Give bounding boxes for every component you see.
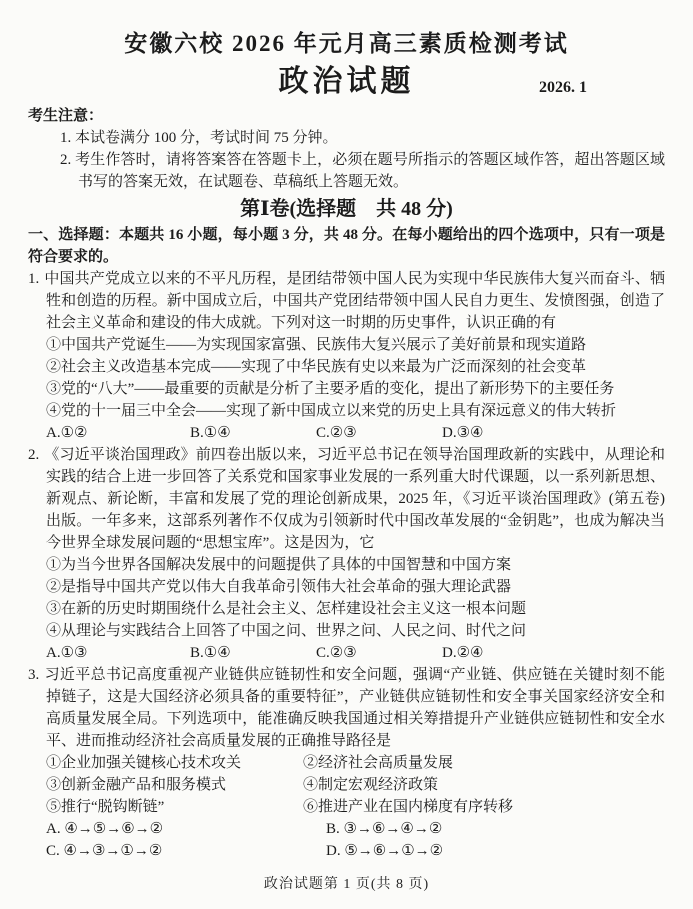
question-1-text: 中国共产党成立以来的不平凡历程，是团结带领中国人民为实现中华民族伟大复兴而奋斗、… xyxy=(44,271,665,331)
question-2: 2.《习近平谈治国理政》前四卷出版以来，习近平总书记在领导治国理政新的实践中，从… xyxy=(28,444,665,664)
question-3-statement-2: ②经济社会高质量发展 xyxy=(303,752,665,774)
question-1-option-a: A.①② xyxy=(46,422,190,444)
exam-paper-page: 安徽六校 2026 年元月高三素质检测考试 政治试题 2026. 1 考生注意：… xyxy=(0,0,693,909)
question-1-option-b: B.①④ xyxy=(190,422,316,444)
page-footer: 政治试题第 1 页(共 8 页) xyxy=(28,874,665,896)
question-2-statement-3: ③在新的历史时期围绕什么是社会主义、怎样建设社会主义这一根本问题 xyxy=(28,598,665,620)
exam-title: 安徽六校 2026 年元月高三素质检测考试 xyxy=(28,28,665,60)
question-3-option-a: A. ④→⑤→⑥→② xyxy=(46,818,326,840)
question-3-option-c: C. ④→③→①→② xyxy=(46,840,326,862)
subject-title-row: 政治试题 2026. 1 xyxy=(28,62,665,102)
question-3-stem: 3.习近平总书记高度重视产业链供应链韧性和安全问题，强调“产业链、供应链在关键时… xyxy=(28,664,665,752)
question-3-statement-5: ⑤推行“脱钩断链” xyxy=(46,796,303,818)
question-3-option-b: B. ③→⑥→④→② xyxy=(326,818,665,840)
question-3-statement-3: ③创新金融产品和服务模式 xyxy=(46,774,303,796)
question-3: 3.习近平总书记高度重视产业链供应链韧性和安全问题，强调“产业链、供应链在关键时… xyxy=(28,664,665,862)
question-3-text: 习近平总书记高度重视产业链供应链韧性和安全问题，强调“产业链、供应链在关键时刻不… xyxy=(44,667,665,749)
question-3-statements: ①企业加强关键核心技术攻关 ②经济社会高质量发展 ③创新金融产品和服务模式 ④制… xyxy=(28,752,665,818)
question-2-number: 2. xyxy=(28,447,39,463)
question-1-stem: 1.中国共产党成立以来的不平凡历程，是团结带领中国人民为实现中华民族伟大复兴而奋… xyxy=(28,268,665,334)
question-3-number: 3. xyxy=(28,667,39,683)
question-1-statement-4: ④党的十一届三中全会——实现了新中国成立以来党的历史上具有深远意义的伟大转折 xyxy=(28,400,665,422)
notice-item-1: 1. 本试卷满分 100 分，考试时间 75 分钟。 xyxy=(60,127,665,149)
section-instruction: 一、选择题：本题共 16 小题，每小题 3 分，共 48 分。在每小题给出的四个… xyxy=(28,224,665,268)
question-1-option-d: D.③④ xyxy=(442,422,665,444)
question-1-statement-1: ①中国共产党诞生——为实现国家富强、民族伟大复兴展示了美好前景和现实道路 xyxy=(28,334,665,356)
question-3-statement-6: ⑥推进产业在国内梯度有序转移 xyxy=(303,796,665,818)
question-1-statement-3: ③党的“八大”——最重要的贡献是分析了主要矛盾的变化，提出了新形势下的主要任务 xyxy=(28,378,665,400)
question-2-option-c: C.②③ xyxy=(316,642,442,664)
question-2-statement-4: ④从理论与实践结合上回答了中国之问、世界之问、人民之问、时代之问 xyxy=(28,620,665,642)
question-1-statement-2: ②社会主义改造基本完成——实现了中华民族有史以来最为广泛而深刻的社会变革 xyxy=(28,356,665,378)
question-2-option-b: B.①④ xyxy=(190,642,316,664)
question-2-statement-1: ①为当今世界各国解决发展中的问题提供了具体的中国智慧和中国方案 xyxy=(28,554,665,576)
question-2-stem: 2.《习近平谈治国理政》前四卷出版以来，习近平总书记在领导治国理政新的实践中，从… xyxy=(28,444,665,554)
question-3-statement-4: ④制定宏观经济政策 xyxy=(303,774,665,796)
question-2-text: 《习近平谈治国理政》前四卷出版以来，习近平总书记在领导治国理政新的实践中，从理论… xyxy=(44,447,665,551)
exam-date: 2026. 1 xyxy=(539,77,587,99)
question-2-option-a: A.①③ xyxy=(46,642,190,664)
section-title: 第Ⅰ卷(选择题 共 48 分) xyxy=(28,196,665,222)
subject-title: 政治试题 xyxy=(279,64,415,99)
question-2-option-d: D.②④ xyxy=(442,642,665,664)
question-1-number: 1. xyxy=(28,271,39,287)
question-3-options: A. ④→⑤→⑥→② B. ③→⑥→④→② C. ④→③→①→② D. ⑤→⑥→… xyxy=(28,818,665,862)
question-1-options: A.①② B.①④ C.②③ D.③④ xyxy=(28,422,665,444)
question-3-statement-1: ①企业加强关键核心技术攻关 xyxy=(46,752,303,774)
notice-item-2: 2. 考生作答时，请将答案答在答题卡上，必须在题号所指示的答题区域作答，超出答题… xyxy=(60,149,665,193)
question-1-option-c: C.②③ xyxy=(316,422,442,444)
question-2-statement-2: ②是指导中国共产党以伟大自我革命引领伟大社会革命的强大理论武器 xyxy=(28,576,665,598)
question-2-options: A.①③ B.①④ C.②③ D.②④ xyxy=(28,642,665,664)
question-3-option-d: D. ⑤→⑥→①→② xyxy=(326,840,665,862)
question-1: 1.中国共产党成立以来的不平凡历程，是团结带领中国人民为实现中华民族伟大复兴而奋… xyxy=(28,268,665,444)
notice-heading: 考生注意： xyxy=(28,105,665,127)
